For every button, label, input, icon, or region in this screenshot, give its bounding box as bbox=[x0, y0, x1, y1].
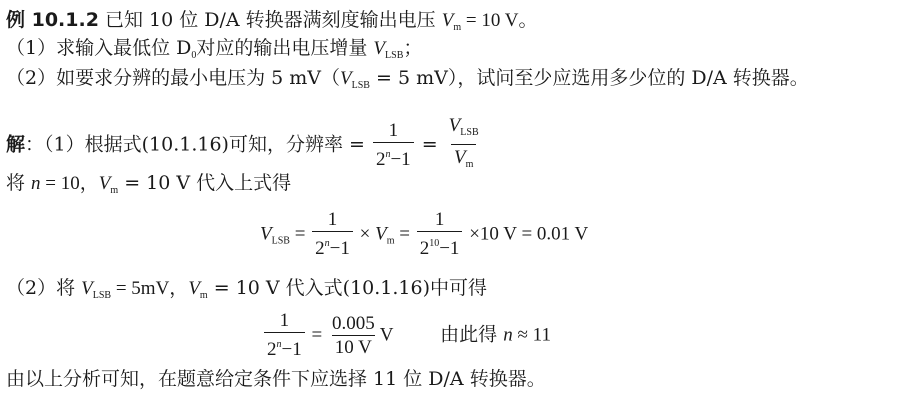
example-label: 例 10.1.2 bbox=[6, 9, 99, 31]
question-2: （2）如要求分辨的最小电压为 5 mV（VLSB = 5 mV），试问至少应选用… bbox=[6, 66, 809, 98]
equation-n: 12n−1 = 0.00510 VV 由此得 n ≈ 11 bbox=[262, 310, 551, 362]
question-1: （1）求输入最低位 D0对应的输出电压增量 VLSB； bbox=[6, 36, 422, 68]
resolution-fraction-2: VLSBVm bbox=[446, 114, 482, 177]
solution-label: 解 bbox=[6, 134, 25, 156]
resolution-fraction-1: 12n−1 bbox=[373, 120, 414, 172]
conclusion: 由以上分析可知，在题意给定条件下应选择 11 位 D/A 转换器。 bbox=[6, 367, 546, 391]
example-statement: 已知 10 位 D/A 转换器满刻度输出电压 Vm = 10 V。 bbox=[105, 9, 537, 31]
solution-line-2: 将 n = 10，Vm = 10 V 代入上式得 bbox=[6, 171, 291, 203]
solution-line-3: （2）将 VLSB = 5mV，Vm = 10 V 代入式(10.1.16)中可… bbox=[6, 276, 487, 308]
solution-line-1: 解：（1）根据式(10.1.16)可知，分辨率 = 12n−1 = VLSBVm bbox=[6, 114, 484, 177]
equation-vlsb: VLSB = 12n−1 × Vm = 1210−1 ×10 V = 0.01 … bbox=[260, 209, 588, 261]
